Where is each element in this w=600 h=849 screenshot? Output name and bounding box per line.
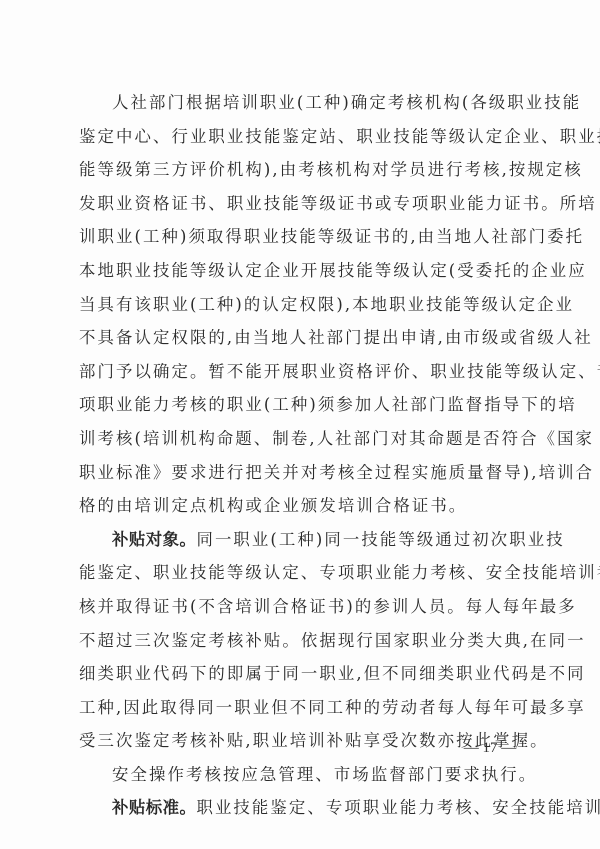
text-line: 发职业资格证书、职业技能等级证书或专项职业能力证书。所培 xyxy=(79,187,521,221)
document-body: 人社部门根据培训职业(工种)确定考核机构(各级职业技能 鉴定中心、行业职业技能鉴… xyxy=(79,86,521,825)
text-line: 不具备认定权限的,由当地人社部门提出申请,由市级或省级人社 xyxy=(79,321,521,355)
text-line: 部门予以确定。暂不能开展职业资格评价、职业技能等级认定、专 xyxy=(79,355,521,389)
page-number: — 17 — xyxy=(462,740,518,757)
paragraph-assessment-institutions: 人社部门根据培训职业(工种)确定考核机构(各级职业技能 鉴定中心、行业职业技能鉴… xyxy=(79,86,521,523)
paragraph-subsidy-standard: 补贴标准。职业技能鉴定、专项职业能力考核、安全技能培训 xyxy=(79,791,521,825)
text-line: 安全操作考核按应急管理、市场监督部门要求执行。 xyxy=(79,758,521,792)
text-line: 格的由培训定点机构或企业颁发培训合格证书。 xyxy=(79,489,521,523)
text-line: 训考核(培训机构命题、制卷,人社部门对其命题是否符合《国家 xyxy=(79,422,521,456)
document-page: 人社部门根据培训职业(工种)确定考核机构(各级职业技能 鉴定中心、行业职业技能鉴… xyxy=(0,0,600,849)
text-line: 人社部门根据培训职业(工种)确定考核机构(各级职业技能 xyxy=(79,86,521,120)
text-line: 能等级第三方评价机构),由考核机构对学员进行考核,按规定核 xyxy=(79,153,521,187)
text-line: 本地职业技能等级认定企业开展技能等级认定(受委托的企业应 xyxy=(79,254,521,288)
text-line: 职业标准》要求进行把关并对考核全过程实施质量督导),培训合 xyxy=(79,456,521,490)
text-line: 补贴对象。同一职业(工种)同一技能等级通过初次职业技 xyxy=(79,523,521,557)
text-span: 同一职业(工种)同一技能等级通过初次职业技 xyxy=(196,530,564,549)
text-line: 训职业(工种)须取得职业技能等级证书的,由当地人社部门委托 xyxy=(79,220,521,254)
text-line: 不超过三次鉴定考核补贴。依据现行国家职业分类大典,在同一 xyxy=(79,624,521,658)
paragraph-safety-assessment: 安全操作考核按应急管理、市场监督部门要求执行。 xyxy=(79,758,521,792)
text-line: 补贴标准。职业技能鉴定、专项职业能力考核、安全技能培训 xyxy=(79,791,521,825)
text-line: 鉴定中心、行业职业技能鉴定站、职业技能等级认定企业、职业技 xyxy=(79,120,521,154)
paragraph-subsidy-recipients: 补贴对象。同一职业(工种)同一技能等级通过初次职业技 能鉴定、职业技能等级认定、… xyxy=(79,523,521,758)
text-line: 当具有该职业(工种)的认定权限),本地职业技能等级认定企业 xyxy=(79,288,521,322)
text-line: 细类职业代码下的即属于同一职业,但不同细类职业代码是不同 xyxy=(79,657,521,691)
text-line: 项职业能力考核的职业(工种)须参加人社部门监督指导下的培 xyxy=(79,388,521,422)
text-line: 能鉴定、职业技能等级认定、专项职业能力考核、安全技能培训考 xyxy=(79,556,521,590)
text-line: 工种,因此取得同一职业但不同工种的劳动者每人每年可最多享 xyxy=(79,691,521,725)
text-line: 受三次鉴定考核补贴,职业培训补贴享受次数亦按此掌握。 xyxy=(79,724,521,758)
section-heading-subsidy-standard: 补贴标准。 xyxy=(112,798,196,817)
section-heading-subsidy-recipients: 补贴对象。 xyxy=(112,530,196,549)
text-line: 核并取得证书(不含培训合格证书)的参训人员。每人每年最多 xyxy=(79,590,521,624)
text-span: 职业技能鉴定、专项职业能力考核、安全技能培训 xyxy=(196,798,600,817)
